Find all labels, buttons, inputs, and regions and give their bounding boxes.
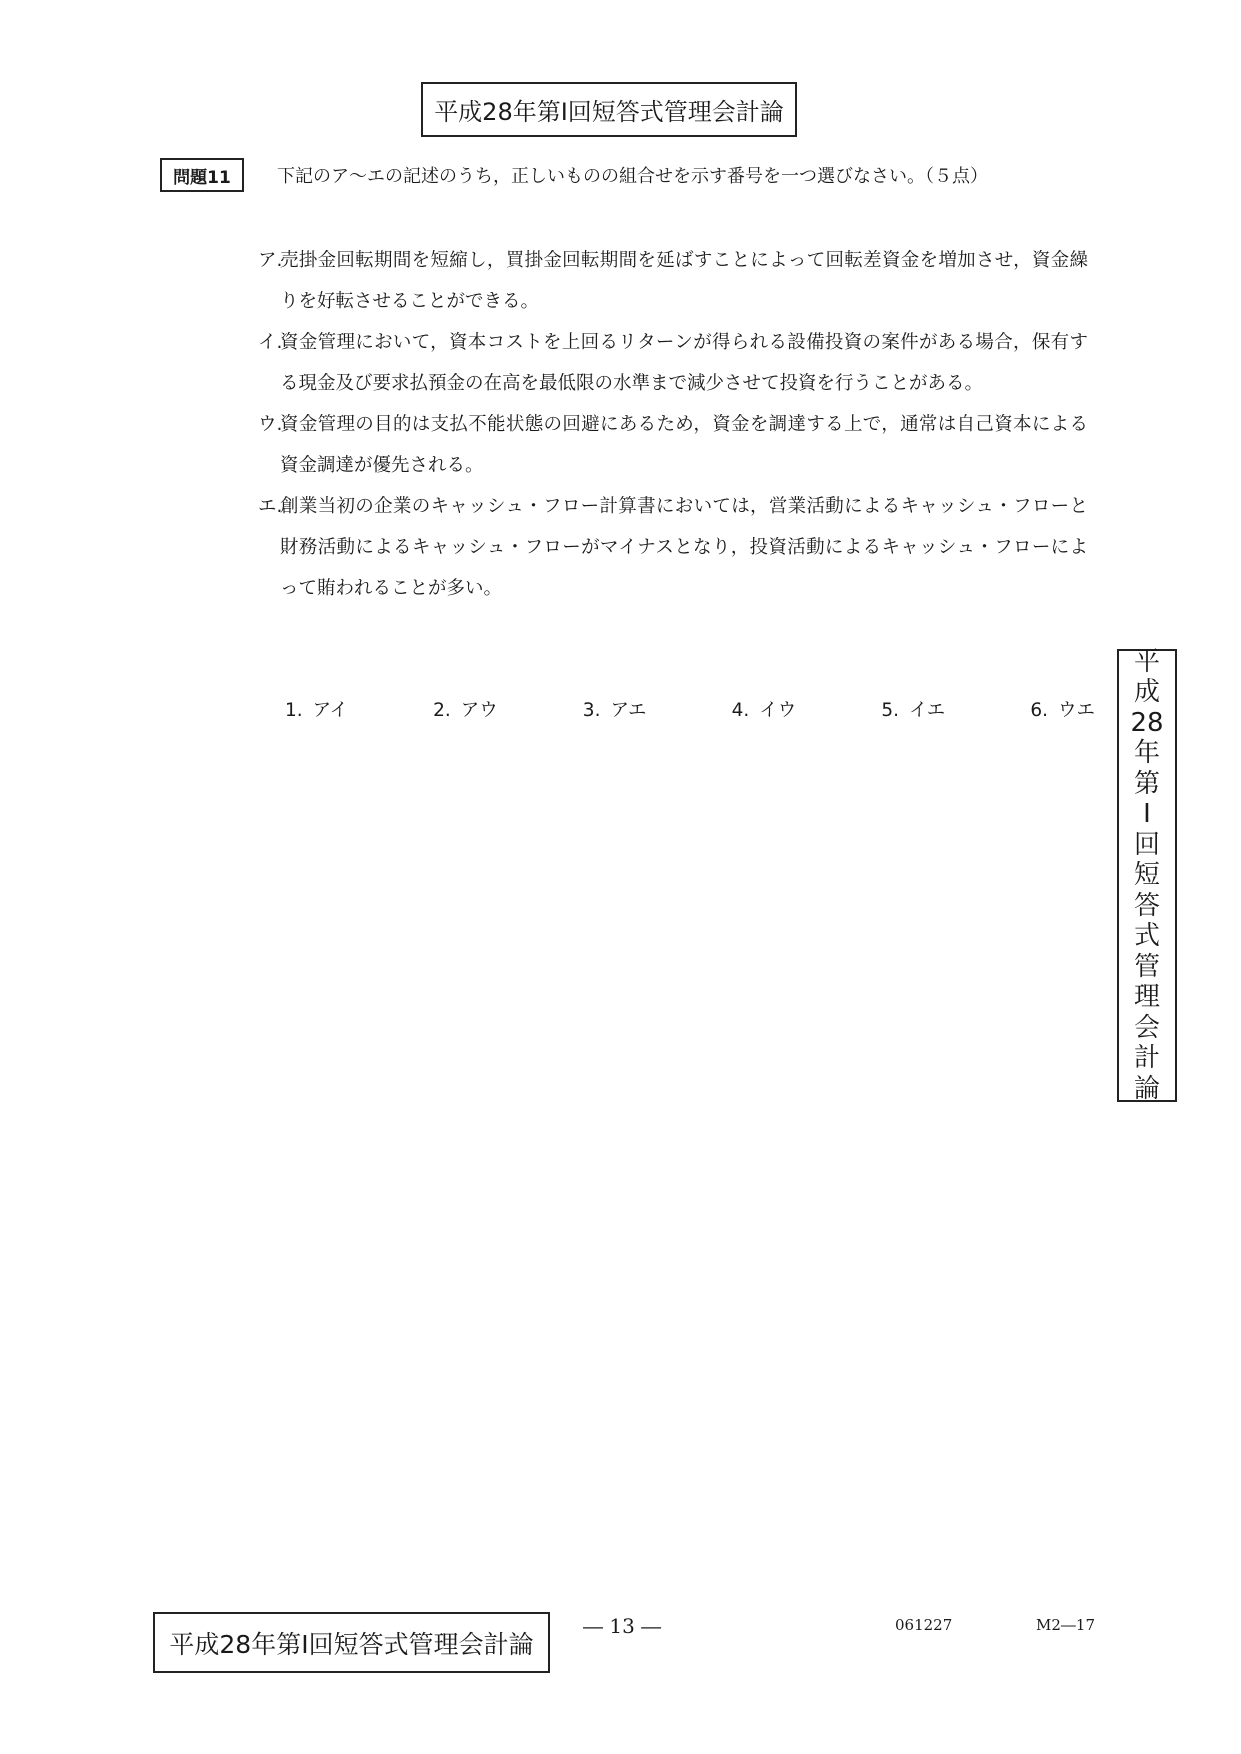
sheet-number: M2―17 [1036, 1616, 1095, 1634]
choice-1: 1.アイ [285, 696, 348, 722]
choice-number: 5. [881, 700, 899, 721]
question-number-label: 問題11 [160, 158, 244, 192]
side-char: 式 [1134, 921, 1160, 952]
side-char: 年 [1134, 738, 1160, 769]
choice-3: 3.アエ [583, 696, 647, 722]
side-char: 短 [1134, 860, 1160, 891]
statement-i: イ. 資金管理において，資本コストを上回るリターンが得られる設備投資の案件がある… [258, 322, 1088, 404]
statement-e: エ. 創業当初の企業のキャッシュ・フロー計算書においては，営業活動によるキャッシ… [258, 486, 1088, 609]
statement-mark: ア. [258, 240, 280, 322]
statement-a: ア. 売掛金回転期間を短縮し，買掛金回転期間を延ばすことによって回転差資金を増加… [258, 240, 1088, 322]
choice-text: イエ [909, 700, 945, 721]
choice-number: 3. [583, 700, 601, 721]
choice-2: 2.アウ [433, 696, 498, 722]
document-code: 061227 [895, 1616, 952, 1634]
choice-text: イウ [759, 700, 796, 721]
choice-number: 2. [433, 700, 451, 721]
choice-number: 4. [732, 700, 750, 721]
choice-number: 1. [285, 700, 303, 721]
side-char: 平 [1134, 647, 1160, 678]
side-char: 回 [1134, 830, 1160, 861]
side-char: 28 [1130, 708, 1163, 739]
side-char: 第 [1134, 769, 1160, 800]
choice-text: アイ [313, 700, 348, 721]
choice-number: 6. [1030, 700, 1048, 721]
page-number: ― 13 ― [583, 1614, 661, 1638]
choice-5: 5.イエ [881, 696, 945, 722]
statement-mark: イ. [258, 322, 280, 404]
question-instruction: 下記のア～エの記述のうち，正しいものの組合せを示す番号を一つ選びなさい。（５点） [277, 162, 988, 188]
side-char: 計 [1134, 1043, 1160, 1074]
side-char: 成 [1134, 677, 1160, 708]
statement-text: 資金管理において，資本コストを上回るリターンが得られる設備投資の案件がある場合，… [280, 322, 1088, 404]
footer-exam-title: 平成28年第Ⅰ回短答式管理会計論 [153, 1612, 550, 1673]
statement-text: 創業当初の企業のキャッシュ・フロー計算書においては，営業活動によるキャッシュ・フ… [280, 486, 1088, 609]
answer-choices: 1.アイ 2.アウ 3.アエ 4.イウ 5.イエ 6.ウエ [285, 696, 1095, 722]
statement-mark: ウ. [258, 404, 280, 486]
footer-title-text: 平成28年第Ⅰ回短答式管理会計論 [169, 1625, 533, 1661]
statement-u: ウ. 資金管理の目的は支払不能状態の回避にあるため，資金を調達する上で，通常は自… [258, 404, 1088, 486]
choice-text: アエ [610, 700, 646, 721]
choice-text: アウ [461, 700, 498, 721]
side-char: Ⅰ [1143, 799, 1151, 830]
exam-title-header: 平成28年第Ⅰ回短答式管理会計論 [421, 82, 797, 137]
choice-text: ウエ [1058, 700, 1095, 721]
exam-title: 平成28年第Ⅰ回短答式管理会計論 [434, 92, 784, 127]
statement-text: 資金管理の目的は支払不能状態の回避にあるため，資金を調達する上で，通常は自己資本… [280, 404, 1088, 486]
side-char: 会 [1134, 1013, 1160, 1044]
side-char: 論 [1134, 1074, 1160, 1105]
choice-6: 6.ウエ [1030, 696, 1095, 722]
statement-mark: エ. [258, 486, 280, 609]
side-char: 管 [1134, 952, 1160, 983]
statement-text: 売掛金回転期間を短縮し，買掛金回転期間を延ばすことによって回転差資金を増加させ，… [280, 240, 1088, 322]
statement-list: ア. 売掛金回転期間を短縮し，買掛金回転期間を延ばすことによって回転差資金を増加… [258, 240, 1088, 609]
side-char: 理 [1134, 982, 1160, 1013]
choice-4: 4.イウ [732, 696, 797, 722]
side-exam-label: 平 成 28 年 第 Ⅰ 回 短 答 式 管 理 会 計 論 [1117, 649, 1177, 1102]
question-number: 問題11 [173, 163, 231, 188]
side-char: 答 [1134, 891, 1160, 922]
